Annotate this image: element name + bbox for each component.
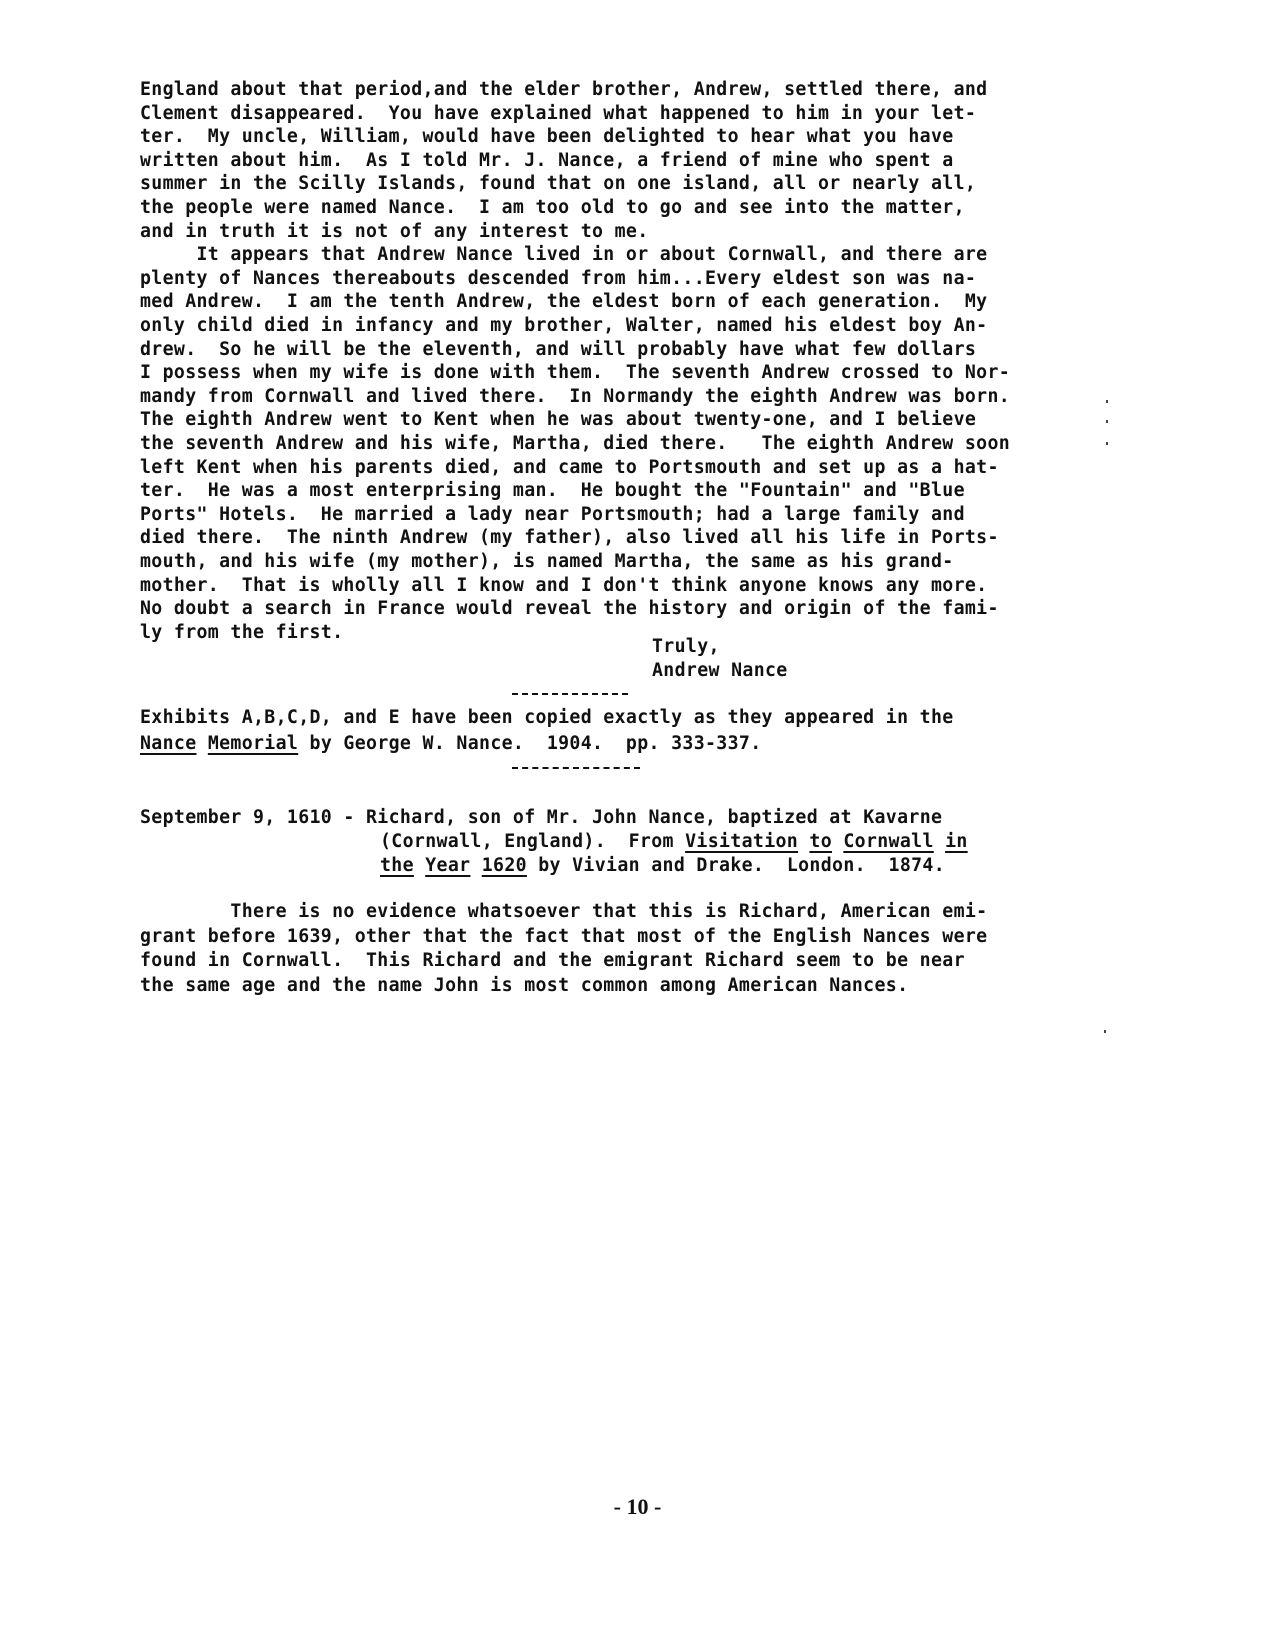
commentary-line: There is no evidence whatsoever that thi… xyxy=(140,900,987,924)
separator-rule xyxy=(512,767,640,769)
commentary-line: the same age and the name John is most c… xyxy=(140,974,908,998)
letter-line: It appears that Andrew Nance lived in or… xyxy=(140,243,987,267)
entry-date: September 9, 1610 - xyxy=(140,807,366,828)
letter-line: and in truth it is not of any interest t… xyxy=(140,220,649,244)
letter-line: mouth, and his wife (my mother), is name… xyxy=(140,550,954,574)
page-number: - 10 - xyxy=(0,1494,1275,1520)
letter-signature: Andrew Nance xyxy=(652,659,788,683)
letter-line: drew. So he will be the eleventh, and wi… xyxy=(140,338,976,362)
baptism-entry-line3: the Year 1620 by Vivian and Drake. Londo… xyxy=(380,854,945,878)
letter-line: the people were named Nance. I am too ol… xyxy=(140,196,965,220)
letter-line: I possess when my wife is done with them… xyxy=(140,361,1010,385)
entry-text: Richard, son of Mr. John Nance, baptized… xyxy=(366,807,942,828)
baptism-entry-line2: (Cornwall, England). From Visitation to … xyxy=(380,830,968,854)
letter-line: mother. That is wholly all I know and I … xyxy=(140,574,987,598)
letter-line: summer in the Scilly Islands, found that… xyxy=(140,172,976,196)
scan-speck xyxy=(1106,420,1108,423)
citation-text: by George W. Nance. 1904. pp. 333-337. xyxy=(298,733,761,754)
commentary-line: found in Cornwall. This Richard and the … xyxy=(140,949,965,973)
letter-line: ter. He was a most enterprising man. He … xyxy=(140,479,965,503)
separator-rule xyxy=(512,693,628,695)
source-title-word: in xyxy=(945,831,968,852)
scan-speck xyxy=(1106,442,1108,445)
letter-line: No doubt a search in France would reveal… xyxy=(140,597,999,621)
entry-text: by Vivian and Drake. London. 1874. xyxy=(527,855,945,876)
letter-line: plenty of Nances thereabouts descended f… xyxy=(140,267,976,291)
letter-line: med Andrew. I am the tenth Andrew, the e… xyxy=(140,290,987,314)
scan-speck xyxy=(1104,1030,1106,1033)
scan-speck xyxy=(1106,400,1108,403)
commentary-line: grant before 1639, other that the fact t… xyxy=(140,925,987,949)
baptism-entry-line1: September 9, 1610 - Richard, son of Mr. … xyxy=(140,806,942,830)
source-title-word: Cornwall xyxy=(843,831,933,852)
letter-line: mandy from Cornwall and lived there. In … xyxy=(140,385,1010,409)
exhibits-note-line2: Nance Memorial by George W. Nance. 1904.… xyxy=(140,732,762,756)
letter-line: written about him. As I told Mr. J. Nanc… xyxy=(140,149,954,173)
document-page: England about that period,and the elder … xyxy=(0,0,1275,1649)
letter-line: left Kent when his parents died, and cam… xyxy=(140,456,999,480)
source-title-word: the xyxy=(380,855,414,876)
letter-line: The eighth Andrew went to Kent when he w… xyxy=(140,408,976,432)
source-title-word: Year xyxy=(425,855,470,876)
book-title-word: Nance xyxy=(140,733,197,754)
exhibits-note-line1: Exhibits A,B,C,D, and E have been copied… xyxy=(140,706,954,730)
source-title-word: Visitation xyxy=(685,831,798,852)
source-title-word: to xyxy=(809,831,832,852)
letter-line: the seventh Andrew and his wife, Martha,… xyxy=(140,432,1010,456)
source-title-word: 1620 xyxy=(482,855,527,876)
letter-line: died there. The ninth Andrew (my father)… xyxy=(140,526,999,550)
letter-line: ter. My uncle, William, would have been … xyxy=(140,125,954,149)
letter-closing: Truly, xyxy=(652,635,720,659)
entry-text: (Cornwall, England). From xyxy=(380,831,685,852)
letter-line: only child died in infancy and my brothe… xyxy=(140,314,987,338)
letter-line: England about that period,and the elder … xyxy=(140,78,987,102)
letter-line: Ports" Hotels. He married a lady near Po… xyxy=(140,503,965,527)
letter-line: Clement disappeared. You have explained … xyxy=(140,102,976,126)
letter-line: ly from the first. xyxy=(140,621,343,645)
book-title-word: Memorial xyxy=(208,733,298,754)
